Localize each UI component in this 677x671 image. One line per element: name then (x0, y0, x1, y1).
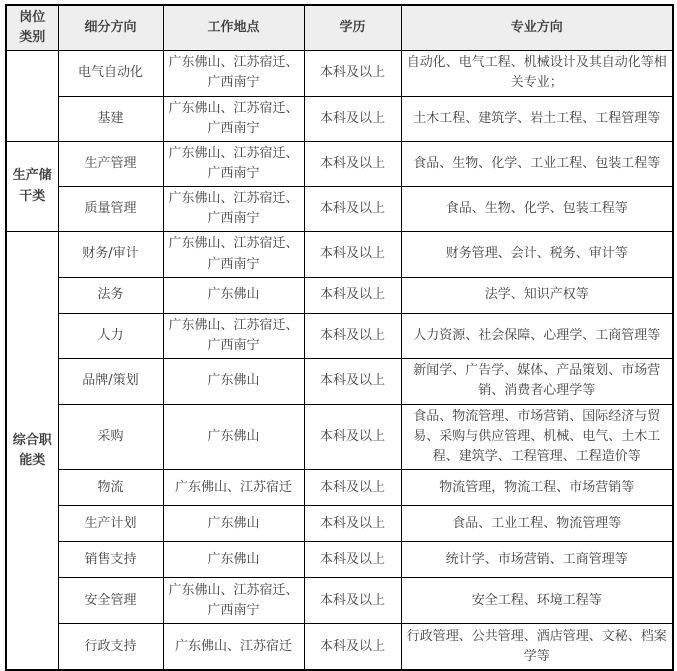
category-cell-empty (6, 51, 58, 142)
location-cell: 广东佛山 (163, 277, 304, 313)
direction-cell: 质量管理 (58, 187, 163, 232)
location-cell: 广东佛山、江苏宿迁 (163, 470, 304, 506)
location-cell: 广东佛山、江苏宿迁、广西南宁 (163, 141, 304, 186)
direction-cell: 行政支持 (58, 624, 163, 670)
education-cell: 本科及以上 (304, 141, 401, 186)
table-row: 安全管理 广东佛山、江苏宿迁、广西南宁 本科及以上 安全工程、环境工程等 (6, 578, 673, 624)
table-row: 电气自动化 广东佛山、江苏宿迁、广西南宁 本科及以上 自动化、电气工程、机械设计… (6, 51, 673, 96)
education-cell: 本科及以上 (304, 232, 401, 277)
majors-cell: 法学、知识产权等 (401, 277, 673, 313)
education-cell: 本科及以上 (304, 313, 401, 358)
direction-cell: 基建 (58, 96, 163, 141)
header-subdivision: 细分方向 (58, 5, 163, 51)
direction-cell: 法务 (58, 277, 163, 313)
education-cell: 本科及以上 (304, 277, 401, 313)
majors-cell: 行政管理、公共管理、酒店管理、文秘、档案学等 (401, 624, 673, 670)
direction-cell: 生产计划 (58, 506, 163, 542)
category-cell-functional: 综合职能类 (6, 232, 58, 670)
table-row: 品牌/策划 广东佛山 本科及以上 新闻学、广告学、媒体、产品策划、市场营销、消费… (6, 358, 673, 404)
majors-cell: 新闻学、广告学、媒体、产品策划、市场营销、消费者心理学等 (401, 358, 673, 404)
direction-cell: 采购 (58, 404, 163, 469)
recruitment-table-container: 岗位类别 细分方向 工作地点 学历 专业方向 电气自动化 广东佛山、江苏宿迁、广… (5, 4, 674, 671)
table-row: 生产储干类 生产管理 广东佛山、江苏宿迁、广西南宁 本科及以上 食品、生物、化学… (6, 141, 673, 186)
header-position-category: 岗位类别 (6, 5, 58, 51)
direction-cell: 品牌/策划 (58, 358, 163, 404)
majors-cell: 食品、物流管理、市场营销、国际经济与贸易、采购与供应管理、机械、电气、土木工程、… (401, 404, 673, 469)
table-row: 综合职能类 财务/审计 广东佛山、江苏宿迁、广西南宁 本科及以上 财务管理、会计… (6, 232, 673, 277)
location-cell: 广东佛山 (163, 404, 304, 469)
education-cell: 本科及以上 (304, 542, 401, 578)
location-cell: 广东佛山、江苏宿迁、广西南宁 (163, 313, 304, 358)
location-cell: 广东佛山 (163, 358, 304, 404)
table-row: 物流 广东佛山、江苏宿迁 本科及以上 物流管理，物流工程、市场营销等 (6, 470, 673, 506)
header-work-location: 工作地点 (163, 5, 304, 51)
header-education: 学历 (304, 5, 401, 51)
majors-cell: 食品、工业工程、物流管理等 (401, 506, 673, 542)
majors-cell: 食品、生物、化学、包装工程等 (401, 187, 673, 232)
education-cell: 本科及以上 (304, 506, 401, 542)
header-row: 岗位类别 细分方向 工作地点 学历 专业方向 (6, 5, 673, 51)
education-cell: 本科及以上 (304, 470, 401, 506)
table-row: 生产计划 广东佛山 本科及以上 食品、工业工程、物流管理等 (6, 506, 673, 542)
education-cell: 本科及以上 (304, 96, 401, 141)
direction-cell: 生产管理 (58, 141, 163, 186)
table-row: 人力 广东佛山、江苏宿迁、广西南宁 本科及以上 人力资源、社会保障、心理学、工商… (6, 313, 673, 358)
education-cell: 本科及以上 (304, 187, 401, 232)
table-row: 质量管理 广东佛山、江苏宿迁、广西南宁 本科及以上 食品、生物、化学、包装工程等 (6, 187, 673, 232)
education-cell: 本科及以上 (304, 358, 401, 404)
majors-cell: 土木工程、建筑学、岩土工程、工程管理等 (401, 96, 673, 141)
direction-cell: 物流 (58, 470, 163, 506)
majors-cell: 统计学、市场营销、工商管理等 (401, 542, 673, 578)
majors-cell: 安全工程、环境工程等 (401, 578, 673, 624)
direction-cell: 安全管理 (58, 578, 163, 624)
direction-cell: 销售支持 (58, 542, 163, 578)
recruitment-table: 岗位类别 细分方向 工作地点 学历 专业方向 电气自动化 广东佛山、江苏宿迁、广… (5, 4, 674, 671)
header-major: 专业方向 (401, 5, 673, 51)
education-cell: 本科及以上 (304, 624, 401, 670)
location-cell: 广东佛山、江苏宿迁、广西南宁 (163, 187, 304, 232)
education-cell: 本科及以上 (304, 404, 401, 469)
education-cell: 本科及以上 (304, 51, 401, 96)
location-cell: 广东佛山、江苏宿迁、广西南宁 (163, 96, 304, 141)
location-cell: 广东佛山、江苏宿迁 (163, 624, 304, 670)
direction-cell: 财务/审计 (58, 232, 163, 277)
education-cell: 本科及以上 (304, 578, 401, 624)
majors-cell: 自动化、电气工程、机械设计及其自动化等相关专业； (401, 51, 673, 96)
location-cell: 广东佛山 (163, 542, 304, 578)
table-row: 基建 广东佛山、江苏宿迁、广西南宁 本科及以上 土木工程、建筑学、岩土工程、工程… (6, 96, 673, 141)
location-cell: 广东佛山、江苏宿迁、广西南宁 (163, 51, 304, 96)
majors-cell: 人力资源、社会保障、心理学、工商管理等 (401, 313, 673, 358)
location-cell: 广东佛山 (163, 506, 304, 542)
direction-cell: 人力 (58, 313, 163, 358)
majors-cell: 财务管理、会计、税务、审计等 (401, 232, 673, 277)
category-cell-production: 生产储干类 (6, 141, 58, 232)
table-row: 销售支持 广东佛山 本科及以上 统计学、市场营销、工商管理等 (6, 542, 673, 578)
majors-cell: 物流管理，物流工程、市场营销等 (401, 470, 673, 506)
table-row: 行政支持 广东佛山、江苏宿迁 本科及以上 行政管理、公共管理、酒店管理、文秘、档… (6, 624, 673, 670)
table-row: 法务 广东佛山 本科及以上 法学、知识产权等 (6, 277, 673, 313)
majors-cell: 食品、生物、化学、工业工程、包装工程等 (401, 141, 673, 186)
location-cell: 广东佛山、江苏宿迁、广西南宁 (163, 578, 304, 624)
table-row: 采购 广东佛山 本科及以上 食品、物流管理、市场营销、国际经济与贸易、采购与供应… (6, 404, 673, 469)
direction-cell: 电气自动化 (58, 51, 163, 96)
location-cell: 广东佛山、江苏宿迁、广西南宁 (163, 232, 304, 277)
